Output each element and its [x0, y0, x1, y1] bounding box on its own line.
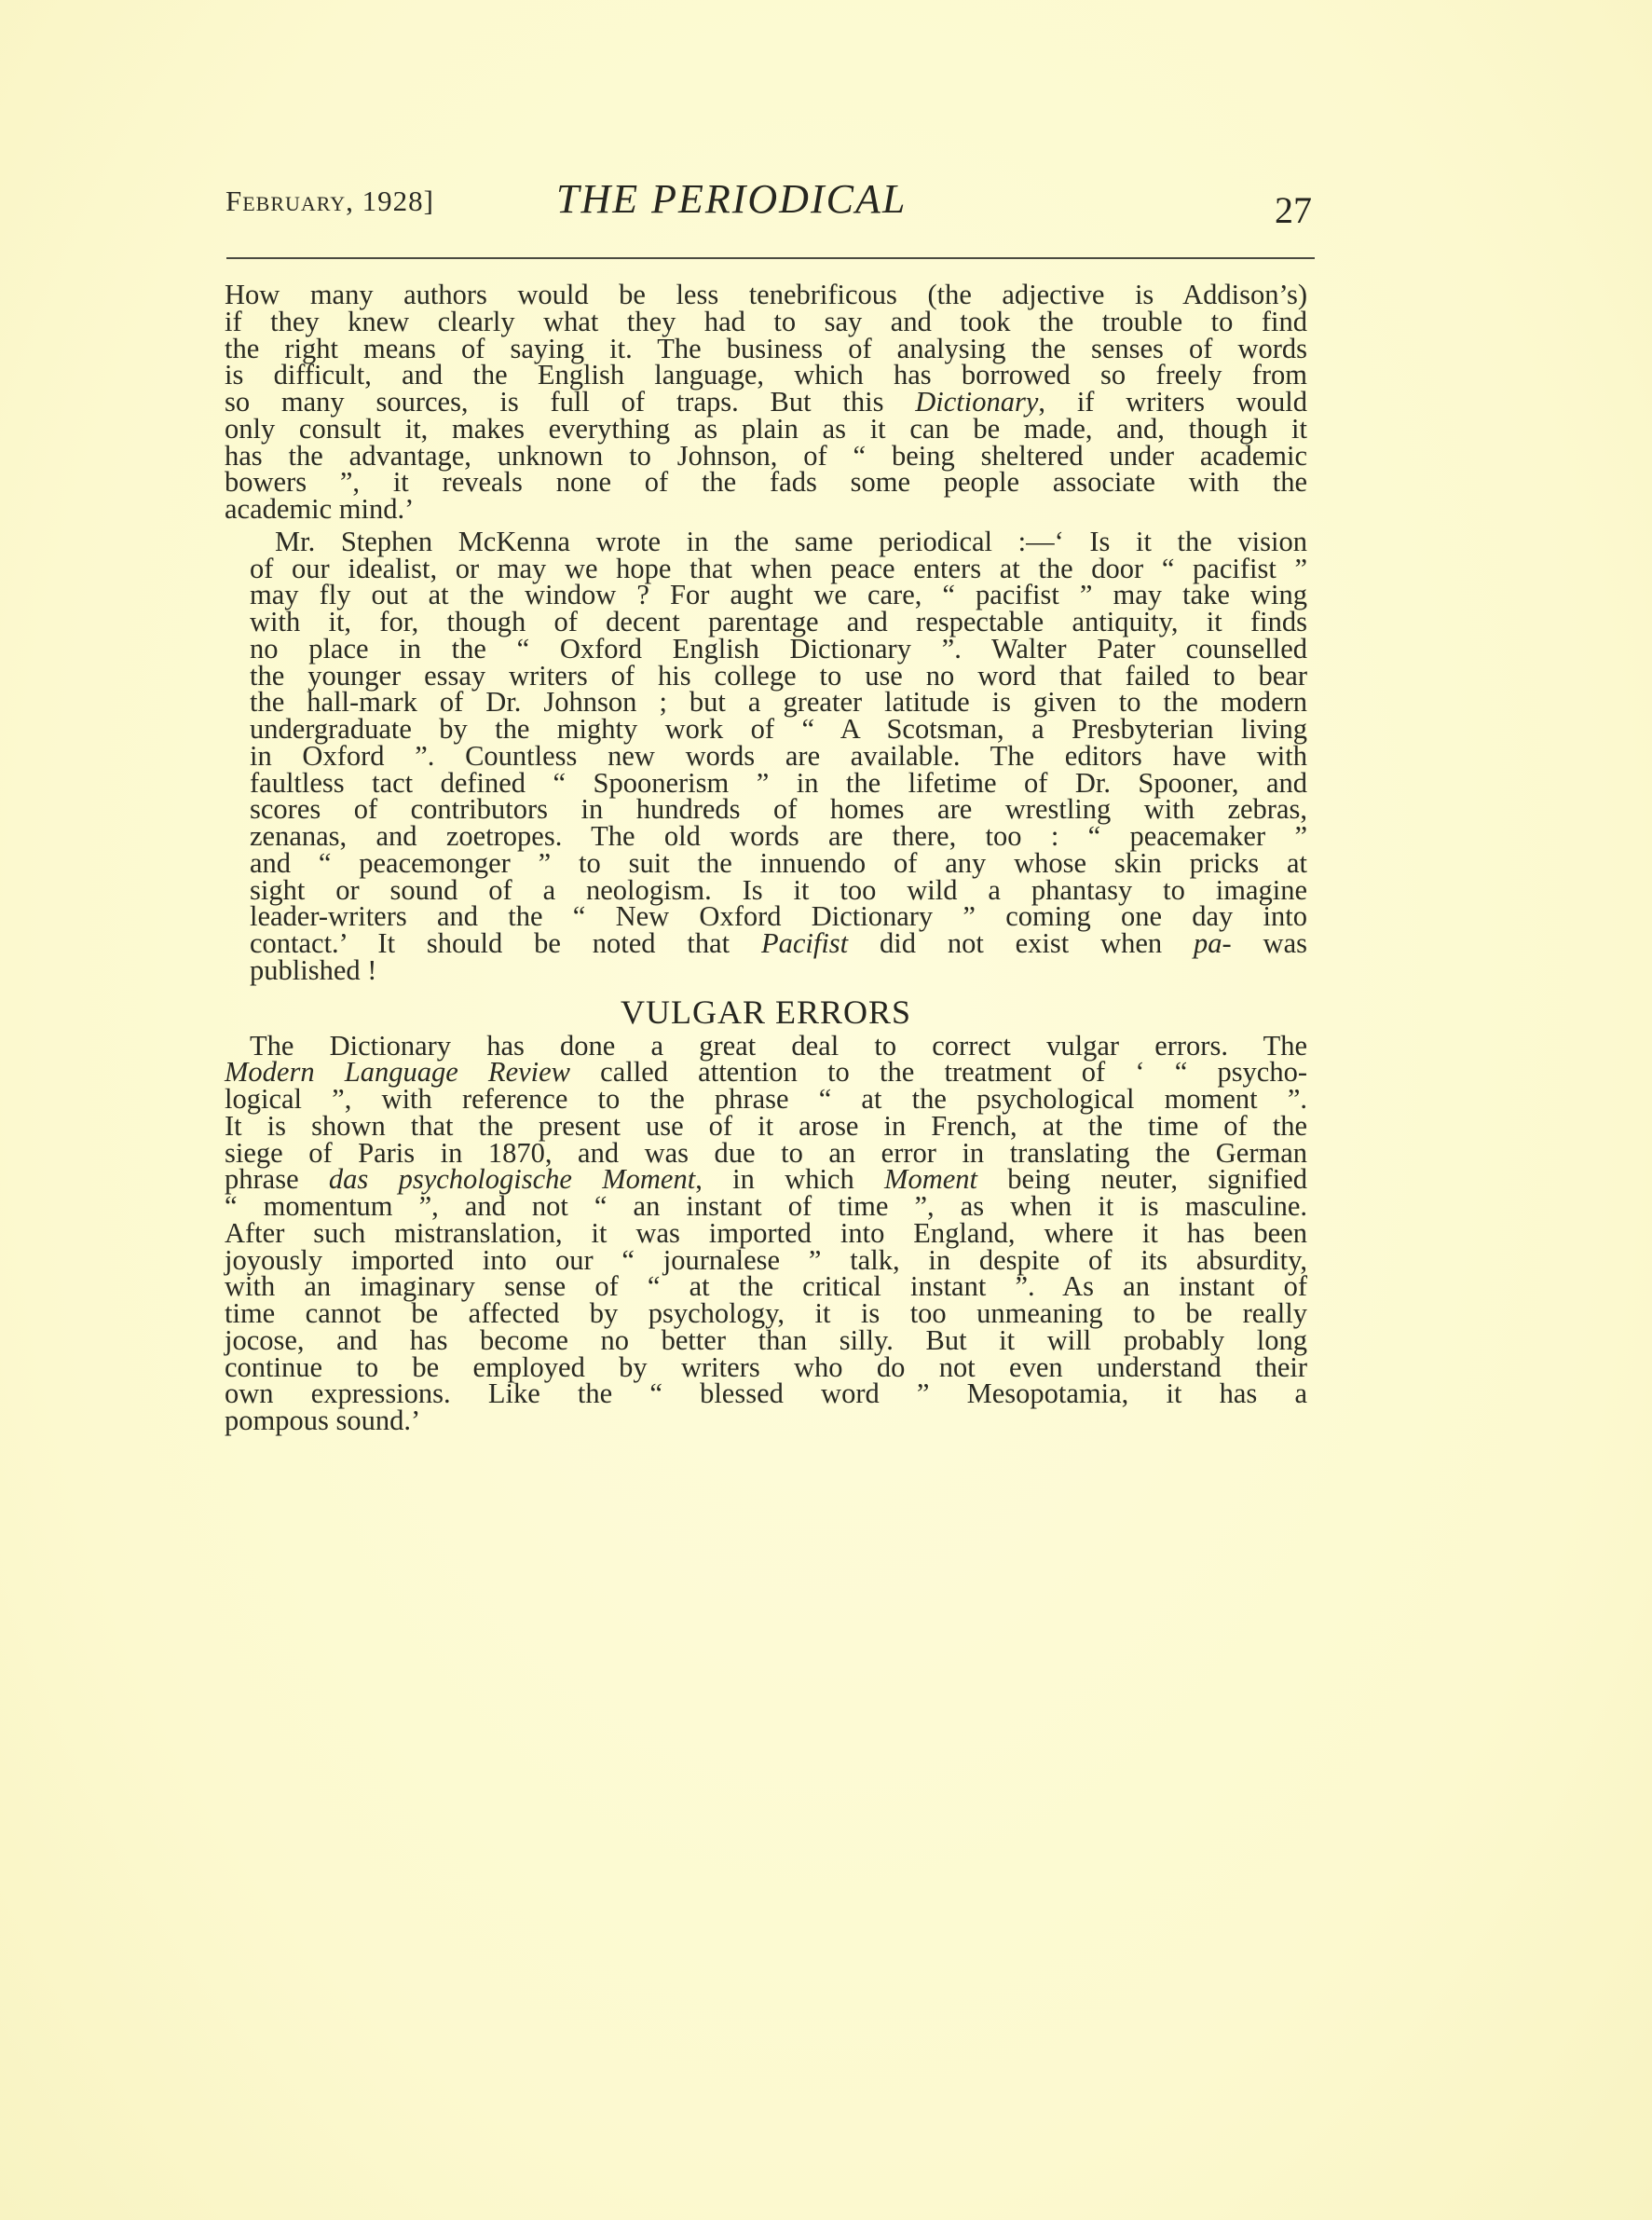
text-line: time cannot be affected by psychology, i…: [225, 1300, 1307, 1327]
text-line: zenanas, and zoetropes. The old words ar…: [225, 823, 1307, 850]
text-line: phrase das psychologische Moment, in whi…: [225, 1166, 1307, 1193]
paragraph: The Dictionary has done a great deal to …: [225, 1033, 1307, 1434]
text-line: the right means of saying it. The busine…: [225, 336, 1307, 363]
journal-title: THE PERIODICAL: [556, 175, 907, 223]
text-line: has the advantage, unknown to Johnson, o…: [225, 443, 1307, 470]
text-line: in Oxford ”. Countless new words are ava…: [225, 743, 1307, 770]
text-line: Mr. Stephen McKenna wrote in the same pe…: [225, 528, 1307, 555]
page-number: 27: [1275, 188, 1312, 232]
text-line: The Dictionary has done a great deal to …: [225, 1033, 1307, 1060]
text-line: Modern Language Review called attention …: [225, 1059, 1307, 1086]
text-line: may fly out at the window ? For aught we…: [225, 582, 1307, 609]
italic-term: Pacifist: [761, 927, 848, 959]
text-line: siege of Paris in 1870, and was due to a…: [225, 1140, 1307, 1167]
header-rule: [226, 257, 1315, 259]
text-line: joyously imported into our “ journalese …: [225, 1247, 1307, 1274]
text-line: “ momentum ”, and not “ an instant of ti…: [225, 1193, 1307, 1220]
text-line: if they knew clearly what they had to sa…: [225, 308, 1307, 336]
text-line: logical ”, with reference to the phrase …: [225, 1086, 1307, 1113]
text-line: with an imaginary sense of “ at the crit…: [225, 1273, 1307, 1300]
text-line: undergraduate by the mighty work of “ A …: [225, 716, 1307, 743]
text-line: After such mistranslation, it was import…: [225, 1220, 1307, 1247]
text-line: of our idealist, or may we hope that whe…: [225, 555, 1307, 582]
text-line: published !: [225, 957, 1307, 984]
text-line: continue to be employed by writers who d…: [225, 1354, 1307, 1381]
header-date: February, 1928]: [225, 185, 434, 218]
text-line: How many authors would be less tenebrifi…: [225, 281, 1307, 308]
paragraph: How many authors would be less tenebrifi…: [225, 281, 1307, 523]
text-line: bowers ”, it reveals none of the fads so…: [225, 469, 1307, 496]
text-line: and “ peacemonger ” to suit the innuendo…: [225, 850, 1307, 877]
text-line: is difficult, and the English language, …: [225, 362, 1307, 389]
text-line: academic mind.’: [225, 496, 1307, 523]
text-line: own expressions. Like the “ blessed word…: [225, 1380, 1307, 1407]
text-line: only consult it, makes everything as pla…: [225, 416, 1307, 443]
running-header: February, 1928] THE PERIODICAL 27: [225, 175, 1316, 231]
text-line: jocose, and has become no better than si…: [225, 1327, 1307, 1354]
paragraph: Mr. Stephen McKenna wrote in the same pe…: [225, 528, 1307, 984]
text-line: the younger essay writers of his college…: [225, 663, 1307, 690]
text-line: scores of contributors in hundreds of ho…: [225, 796, 1307, 823]
italic-term: pa-: [1194, 927, 1232, 959]
text-line: the hall-mark of Dr. Johnson ; but a gre…: [225, 689, 1307, 716]
text-line: pompous sound.’: [225, 1407, 1307, 1434]
text-line: sight or sound of a neologism. Is it too…: [225, 877, 1307, 904]
section-heading: VULGAR ERRORS: [225, 995, 1307, 1029]
text-line: with it, for, though of decent parentage…: [225, 609, 1307, 636]
text-line: faultless tact defined “ Spoonerism ” in…: [225, 770, 1307, 797]
article-body: How many authors would be less tenebrifi…: [225, 281, 1307, 1434]
text-line: leader-writers and the “ New Oxford Dict…: [225, 903, 1307, 930]
text-line: no place in the “ Oxford English Diction…: [225, 636, 1307, 663]
text-line: so many sources, is full of traps. But t…: [225, 389, 1307, 416]
text-line: contact.’ It should be noted that Pacifi…: [225, 930, 1307, 957]
text-line: It is shown that the present use of it a…: [225, 1113, 1307, 1140]
